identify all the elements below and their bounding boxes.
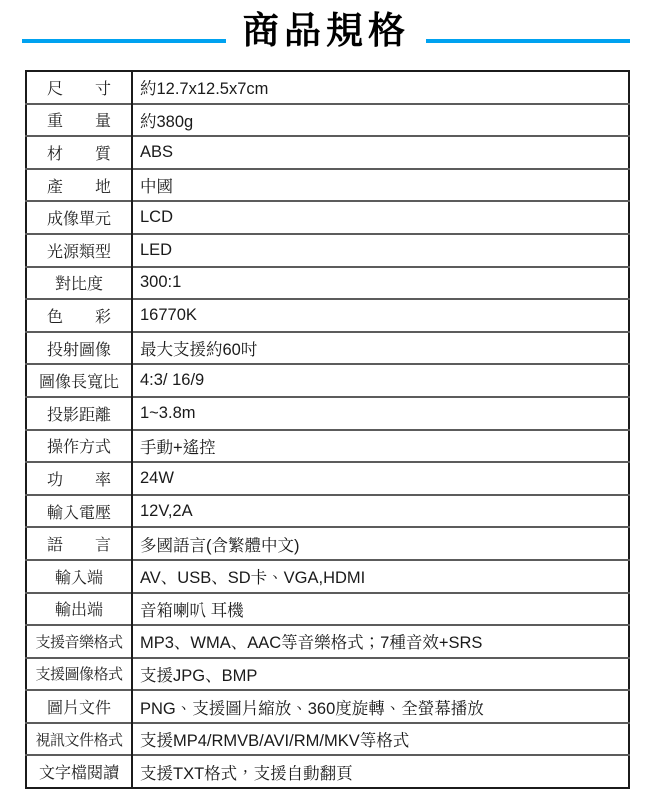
spec-label: 投射圖像 xyxy=(26,332,132,365)
spec-label: 光源類型 xyxy=(26,234,132,267)
table-row: 支援圖像格式 支援JPG、BMP xyxy=(26,658,629,691)
table-row: 圖像長寬比 4:3/ 16/9 xyxy=(26,364,629,397)
table-row: 圖片文件 PNG、支援圖片縮放、360度旋轉、全螢幕播放 xyxy=(26,690,629,723)
spec-value: 約12.7x12.5x7cm xyxy=(132,71,629,104)
spec-label: 重 量 xyxy=(26,104,132,137)
spec-value: 手動+遙控 xyxy=(132,430,629,463)
table-row: 材 質 ABS xyxy=(26,136,629,169)
spec-value: 支援MP4/RMVB/AVI/RM/MKV等格式 xyxy=(132,723,629,756)
spec-label: 支援音樂格式 xyxy=(26,625,132,658)
spec-value: 16770K xyxy=(132,299,629,332)
spec-value: 支援JPG、BMP xyxy=(132,658,629,691)
spec-value: 12V,2A xyxy=(132,495,629,528)
title-rule-left xyxy=(22,39,226,43)
spec-label: 功 率 xyxy=(26,462,132,495)
spec-label: 成像單元 xyxy=(26,201,132,234)
spec-label: 輸入端 xyxy=(26,560,132,593)
table-row: 操作方式 手動+遙控 xyxy=(26,430,629,463)
spec-value: ABS xyxy=(132,136,629,169)
spec-label: 輸出端 xyxy=(26,593,132,626)
table-row: 光源類型 LED xyxy=(26,234,629,267)
spec-label: 圖片文件 xyxy=(26,690,132,723)
spec-value: AV、USB、SD卡、VGA,HDMI xyxy=(132,560,629,593)
spec-label: 圖像長寬比 xyxy=(26,364,132,397)
spec-value: 多國語言(含繁體中文) xyxy=(132,527,629,560)
table-row: 輸入端 AV、USB、SD卡、VGA,HDMI xyxy=(26,560,629,593)
table-row: 投影距離 1~3.8m xyxy=(26,397,629,430)
spec-label: 操作方式 xyxy=(26,430,132,463)
table-row: 輸入電壓 12V,2A xyxy=(26,495,629,528)
spec-value: 300:1 xyxy=(132,267,629,300)
page-title: 商品規格 xyxy=(242,10,410,53)
table-row: 功 率 24W xyxy=(26,462,629,495)
table-row: 語 言 多國語言(含繁體中文) xyxy=(26,527,629,560)
table-row: 重 量 約380g xyxy=(26,104,629,137)
title-rule-right xyxy=(426,39,630,43)
spec-value: 24W xyxy=(132,462,629,495)
table-row: 輸出端 音箱喇叭 耳機 xyxy=(26,593,629,626)
spec-value: PNG、支援圖片縮放、360度旋轉、全螢幕播放 xyxy=(132,690,629,723)
spec-value: LCD xyxy=(132,201,629,234)
spec-label: 輸入電壓 xyxy=(26,495,132,528)
spec-value: 中國 xyxy=(132,169,629,202)
spec-value: 1~3.8m xyxy=(132,397,629,430)
spec-table: 尺 寸 約12.7x12.5x7cm 重 量 約380g 材 質 ABS 產 地… xyxy=(25,70,630,789)
spec-label: 語 言 xyxy=(26,527,132,560)
spec-label: 投影距離 xyxy=(26,397,132,430)
table-row: 尺 寸 約12.7x12.5x7cm xyxy=(26,71,629,104)
spec-label: 對比度 xyxy=(26,267,132,300)
table-row: 文字檔閱讀 支援TXT格式，支援自動翻頁 xyxy=(26,755,629,788)
table-row: 對比度 300:1 xyxy=(26,267,629,300)
spec-value: MP3、WMA、AAC等音樂格式；7種音效+SRS xyxy=(132,625,629,658)
section-header: 商品規格 xyxy=(0,0,650,56)
spec-label: 支援圖像格式 xyxy=(26,658,132,691)
spec-label: 尺 寸 xyxy=(26,71,132,104)
spec-label: 色 彩 xyxy=(26,299,132,332)
spec-label: 文字檔閱讀 xyxy=(26,755,132,788)
spec-label: 材 質 xyxy=(26,136,132,169)
spec-label: 視訊文件格式 xyxy=(26,723,132,756)
spec-value: 支援TXT格式，支援自動翻頁 xyxy=(132,755,629,788)
spec-label: 產 地 xyxy=(26,169,132,202)
spec-value: 音箱喇叭 耳機 xyxy=(132,593,629,626)
spec-value: 最大支援約60吋 xyxy=(132,332,629,365)
table-row: 投射圖像 最大支援約60吋 xyxy=(26,332,629,365)
spec-value: 約380g xyxy=(132,104,629,137)
table-row: 成像單元 LCD xyxy=(26,201,629,234)
table-row: 產 地 中國 xyxy=(26,169,629,202)
table-row: 支援音樂格式 MP3、WMA、AAC等音樂格式；7種音效+SRS xyxy=(26,625,629,658)
table-row: 視訊文件格式 支援MP4/RMVB/AVI/RM/MKV等格式 xyxy=(26,723,629,756)
spec-value: LED xyxy=(132,234,629,267)
spec-value: 4:3/ 16/9 xyxy=(132,364,629,397)
table-row: 色 彩 16770K xyxy=(26,299,629,332)
